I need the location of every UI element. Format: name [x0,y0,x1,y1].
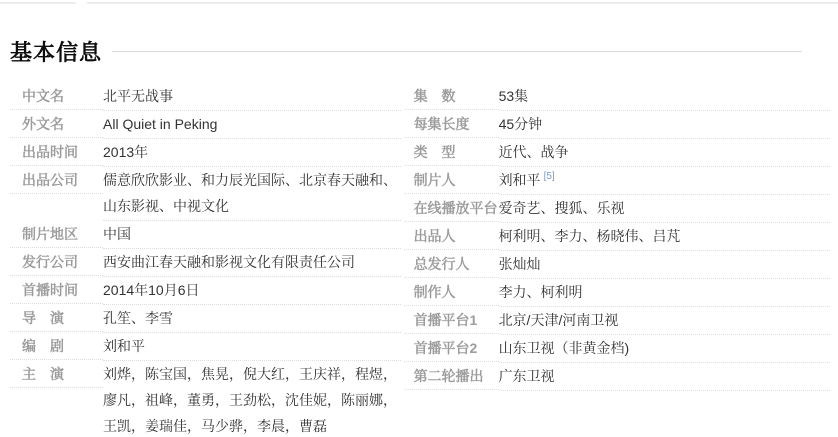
basic-info-grid: 中文名北平无战事外文名All Quiet in Peking出品时间2013年出… [10,83,830,437]
info-value: 53集 [499,83,830,111]
info-value: 爱奇艺、搜狐、乐视 [499,195,830,223]
info-row: 编 剧刘和平 [10,333,401,361]
info-row: 总发行人张灿灿 [404,251,830,279]
info-row: 出品公司儒意欣欣影业、和力辰光国际、北京春天融和、山东影视、中视文化 [10,167,401,221]
info-value: 45分钟 [499,111,830,139]
info-label: 每集长度 [404,111,499,138]
info-value: 北平无战事 [103,83,401,111]
info-row: 制作人李力、柯利明 [404,279,830,307]
info-row: 首播平台2山东卫视（非黄金档) [404,335,830,363]
info-label: 首播时间 [10,277,103,304]
info-label: 出品人 [404,223,499,250]
info-row: 出品时间2013年 [10,139,401,167]
info-row: 发行公司西安曲江春天融和影视文化有限责任公司 [10,249,401,277]
info-row: 首播时间2014年10月6日 [10,277,401,305]
info-row: 制片地区中国 [10,221,401,249]
info-value: 近代、战争 [499,139,830,167]
info-label: 首播平台1 [404,307,499,334]
info-label: 首播平台2 [404,335,499,362]
info-col-right: 集 数53集每集长度45分钟类 型近代、战争制片人刘和平[5]在线播放平台爱奇艺… [404,83,830,437]
info-value: 中国 [103,221,401,249]
info-row: 外文名All Quiet in Peking [10,111,401,139]
info-value: 2013年 [103,139,401,167]
info-label: 发行公司 [10,249,103,276]
info-label: 类 型 [404,139,499,166]
top-divider-line [0,2,838,4]
info-value: 广东卫视 [499,363,830,391]
section-title-rule [112,51,802,52]
info-label: 出品时间 [10,139,103,166]
info-label: 中文名 [10,83,103,110]
info-label: 编 剧 [10,333,103,360]
info-label: 在线播放平台 [404,195,499,222]
info-row: 导 演孔笙、李雪 [10,305,401,333]
info-label: 第二轮播出 [404,363,499,390]
info-row: 类 型近代、战争 [404,139,830,167]
info-row: 主 演刘烨，陈宝国，焦晃，倪大红，王庆祥，程煜，廖凡，祖峰，董勇，王劲松，沈佳妮… [10,361,401,437]
info-row: 在线播放平台爱奇艺、搜狐、乐视 [404,195,830,223]
info-value: 刘烨，陈宝国，焦晃，倪大红，王庆祥，程煜，廖凡，祖峰，董勇，王劲松，沈佳妮，陈丽… [103,361,401,437]
info-value: 孔笙、李雪 [103,305,401,333]
info-value: 刘和平 [103,333,401,361]
info-value: 儒意欣欣影业、和力辰光国际、北京春天融和、山东影视、中视文化 [103,167,401,221]
info-label: 主 演 [10,361,103,388]
section-title: 基本信息 [10,36,102,67]
info-value: 山东卫视（非黄金档) [499,335,830,363]
info-value: 柯利明、李力、杨晓伟、吕芃 [499,223,830,251]
info-value: 李力、柯利明 [499,279,830,307]
info-row: 出品人柯利明、李力、杨晓伟、吕芃 [404,223,830,251]
info-row: 制片人刘和平[5] [404,167,830,195]
info-value: 2014年10月6日 [103,277,401,305]
info-value: 北京/天津/河南卫视 [499,307,830,335]
info-label: 外文名 [10,111,103,138]
info-label: 出品公司 [10,167,103,194]
info-value: 西安曲江春天融和影视文化有限责任公司 [103,249,401,277]
info-label: 制片人 [404,167,499,194]
info-label: 集 数 [404,83,499,110]
info-value: All Quiet in Peking [103,111,401,139]
info-label: 制作人 [404,279,499,306]
info-row: 每集长度45分钟 [404,111,830,139]
info-row: 第二轮播出广东卫视 [404,363,830,391]
info-row: 集 数53集 [404,83,830,111]
info-label: 制片地区 [10,221,103,248]
info-value: 张灿灿 [499,251,830,279]
info-row: 首播平台1北京/天津/河南卫视 [404,307,830,335]
info-row: 中文名北平无战事 [10,83,401,111]
top-divider-notch [76,2,87,4]
info-value: 刘和平[5] [499,167,830,195]
info-label: 导 演 [10,305,103,332]
info-label: 总发行人 [404,251,499,278]
section-header: 基本信息 [10,36,802,66]
reference-sup-link[interactable]: [5] [544,171,555,182]
info-col-left: 中文名北平无战事外文名All Quiet in Peking出品时间2013年出… [10,83,401,437]
